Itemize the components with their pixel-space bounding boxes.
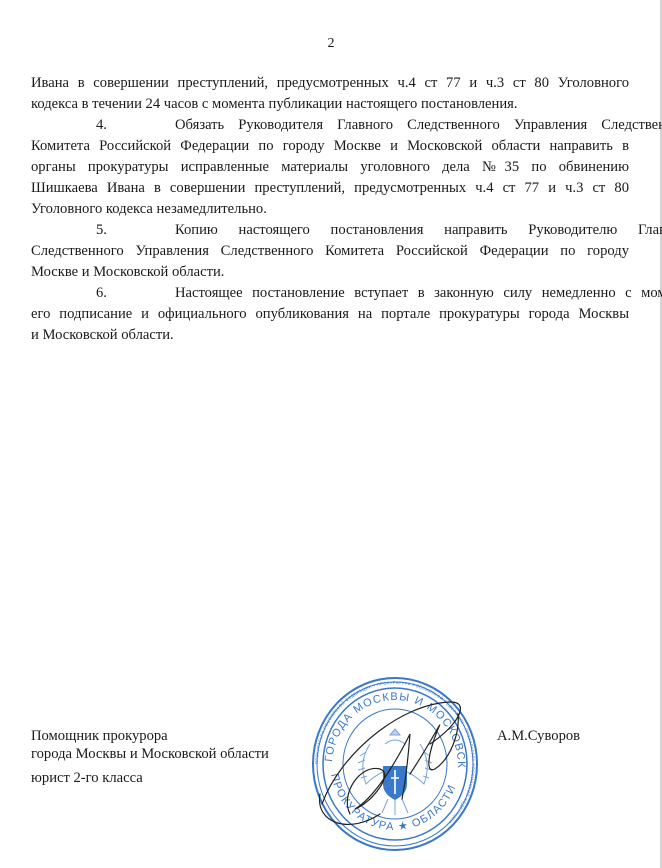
item-text: Настоящее постановление вступает в закон… [175, 283, 662, 304]
item-text: Обязать Руководителя Главного Следственн… [175, 115, 662, 136]
page-number: 2 [0, 36, 662, 52]
stamp-seal-icon: ПРОКУРАТУРА РОССИЙСКОЙ ФЕДЕРАЦИИ • ПРОКУ… [310, 674, 480, 854]
signatory-position-line1: Помощник прокурора [31, 727, 168, 745]
text-line: его подписание и официального опубликова… [31, 304, 629, 325]
item-number: 4. [31, 115, 175, 136]
text-line: 4.Обязать Руководителя Главного Следстве… [31, 115, 629, 136]
text-line: органы прокуратуры исправленные материал… [31, 157, 629, 178]
item-number: 5. [31, 220, 175, 241]
text-line: и Московской области. [31, 325, 629, 346]
text-line: 5.Копию настоящего постановления направи… [31, 220, 629, 241]
signatory-name: А.М.Суворов [497, 727, 580, 745]
item-text: Копию настоящего постановления направить… [175, 220, 662, 241]
item-number: 6. [31, 283, 175, 304]
text-line: Комитета Российской Федерации по городу … [31, 136, 629, 157]
text-line: Москве и Московской области. [31, 262, 629, 283]
paragraph-item-4: 4.Обязать Руководителя Главного Следстве… [31, 115, 629, 220]
signatory-position-line2: города Москвы и Московской области [31, 745, 269, 763]
paragraph-continuation: Ивана в совершении преступлений, предусм… [31, 73, 629, 115]
signatory-rank: юрист 2-го класса [31, 769, 143, 787]
paragraph-item-5: 5.Копию настоящего постановления направи… [31, 220, 629, 283]
text-line: Следственного Управления Следственного К… [31, 241, 629, 262]
text-line: Ивана в совершении преступлений, предусм… [31, 73, 629, 94]
paragraph-item-6: 6.Настоящее постановление вступает в зак… [31, 283, 629, 346]
text-line: кодекса в течении 24 часов с момента пуб… [31, 94, 629, 115]
text-line: Уголовного кодекса незамедлительно. [31, 199, 629, 220]
document-body: Ивана в совершении преступлений, предусм… [31, 73, 629, 346]
text-line: 6.Настоящее постановление вступает в зак… [31, 283, 629, 304]
official-stamp: ПРОКУРАТУРА РОССИЙСКОЙ ФЕДЕРАЦИИ • ПРОКУ… [310, 674, 480, 854]
text-line: Шишкаева Ивана в совершении преступлений… [31, 178, 629, 199]
